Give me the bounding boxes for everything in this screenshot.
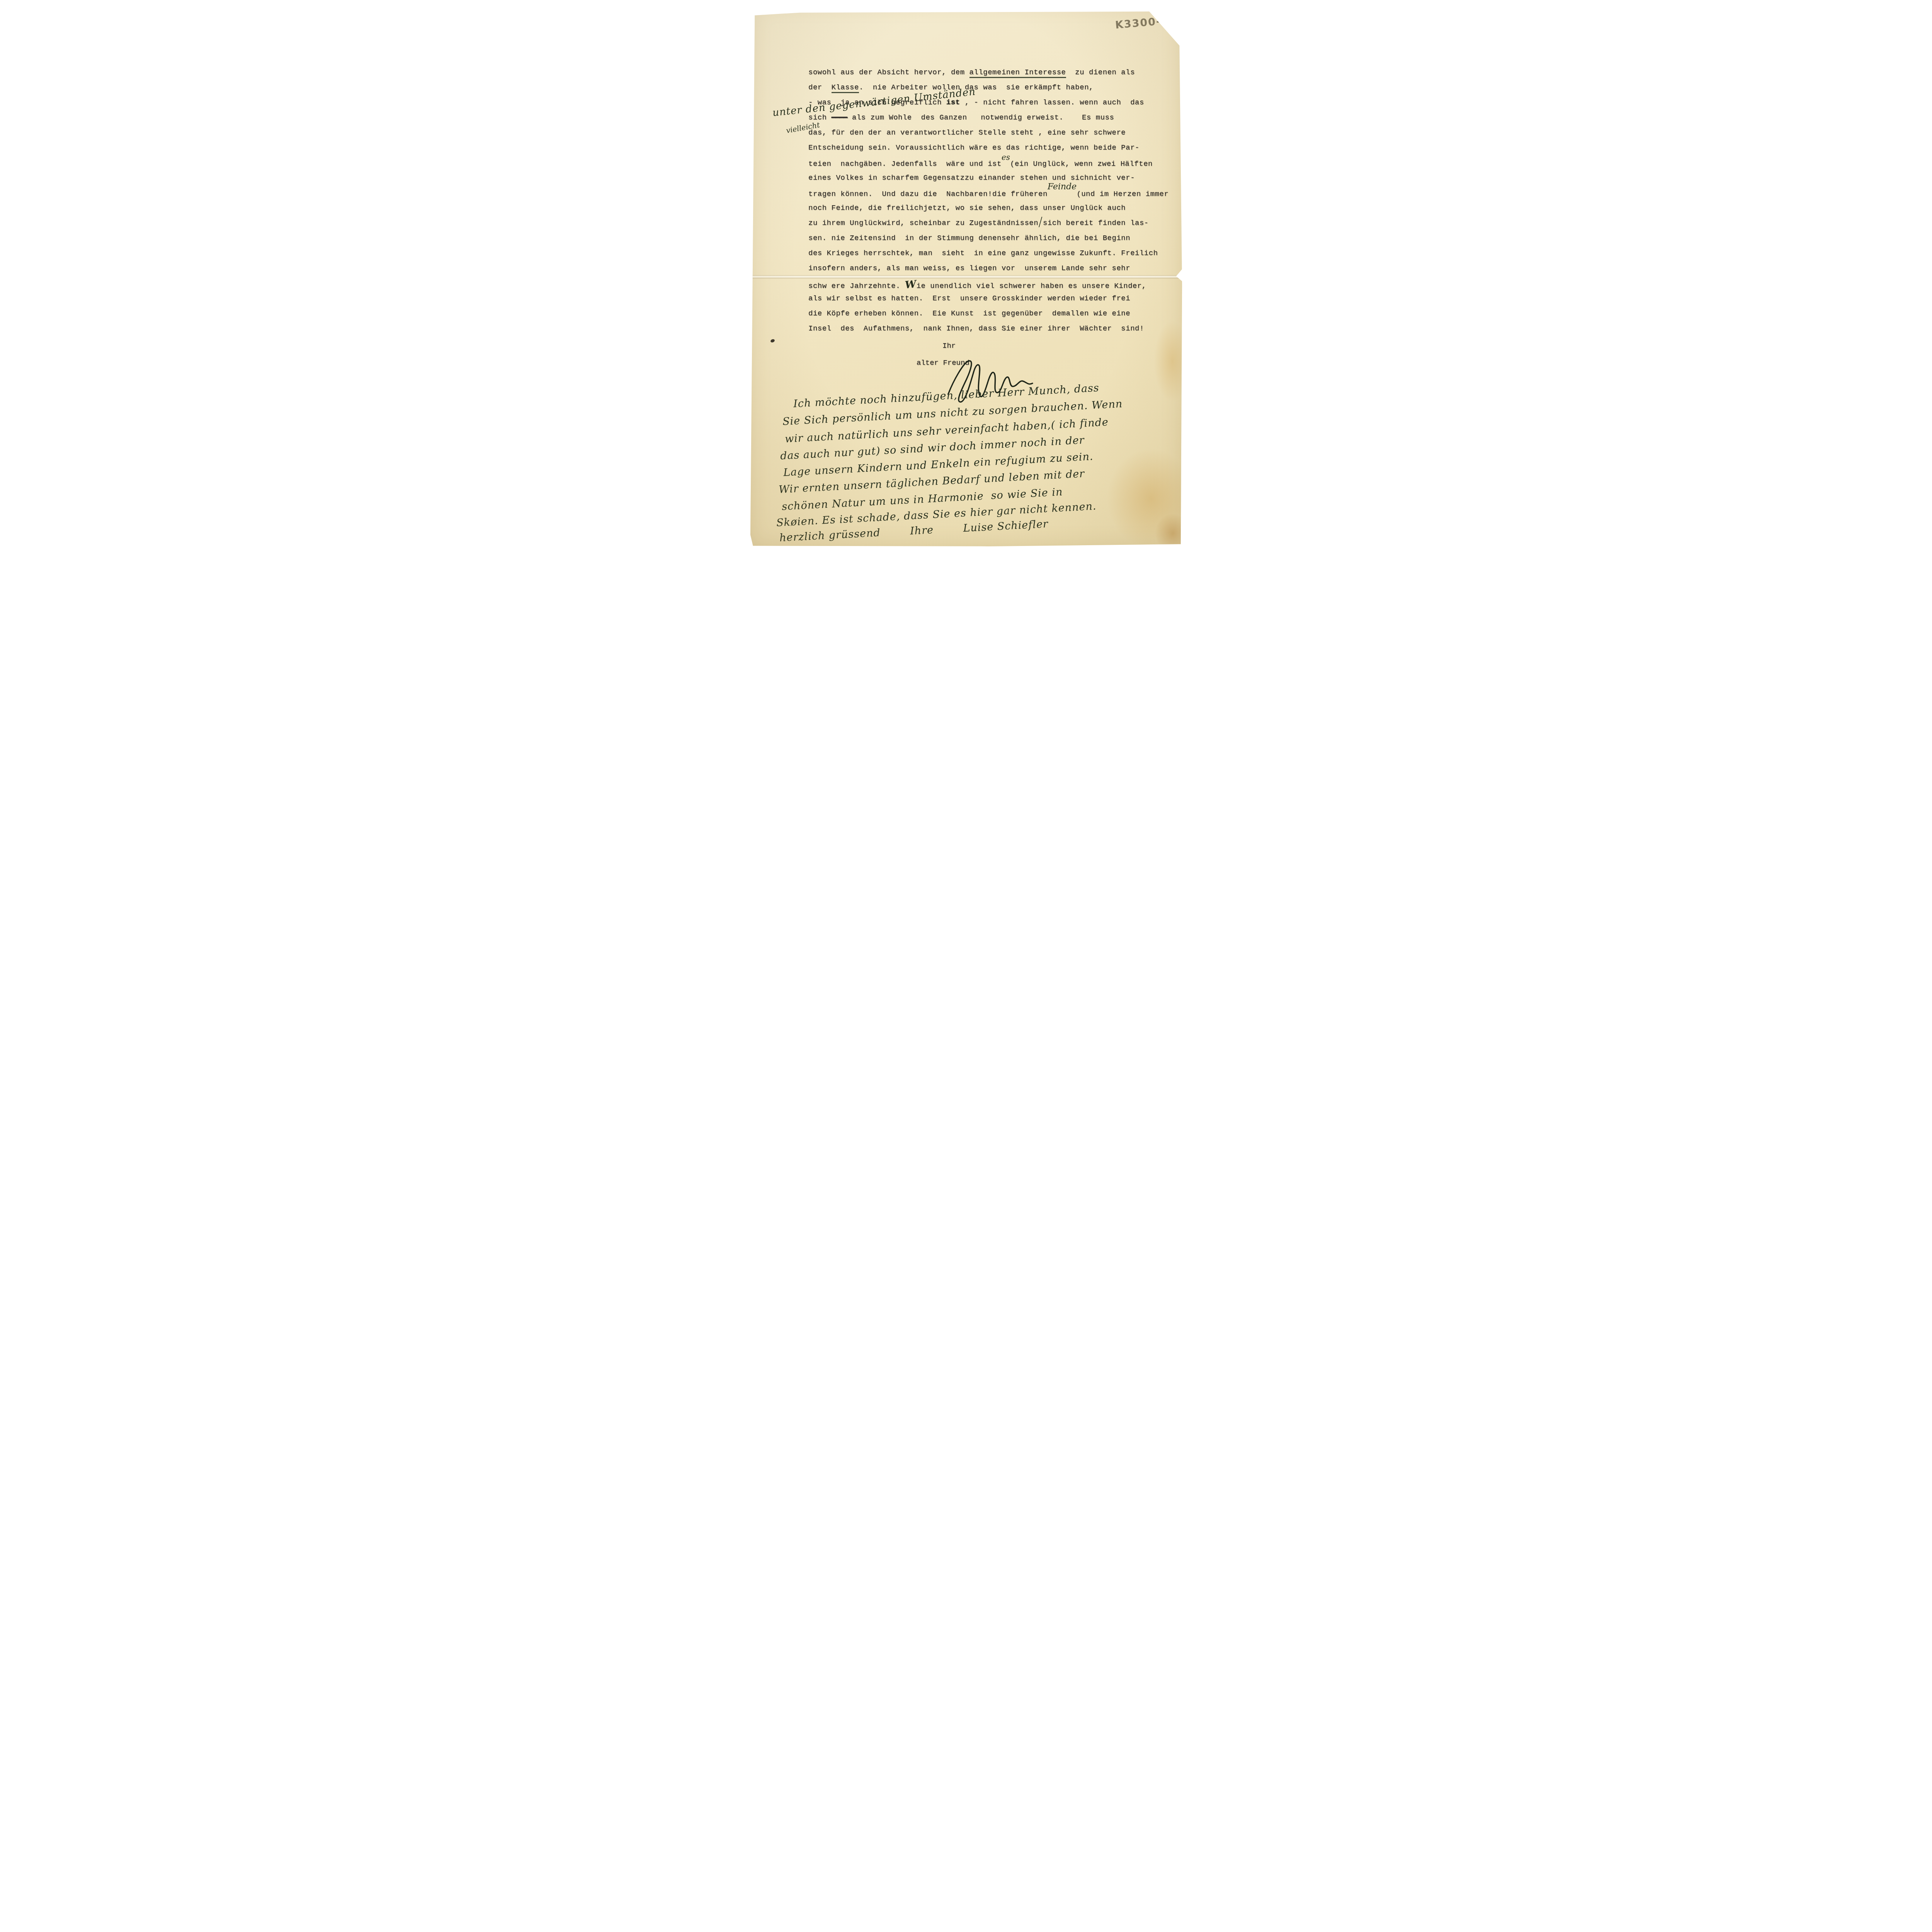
line15-post: ie unendlich viel schwerer haben es unse… [917, 282, 1146, 290]
paper-stain [1107, 448, 1185, 549]
line4-struck-word: ———— [832, 113, 848, 122]
typed-line-4: sich ———— als zum Wohle des Ganzen notwe… [808, 113, 1172, 128]
line3-post: , - nicht fahren lassen. wenn auch das [960, 98, 1144, 107]
typed-line-8: eines Volkes in scharfem Gegensatzzu ein… [808, 173, 1172, 189]
typed-line-10: noch Feinde, die freilichjetzt, wo sie s… [808, 204, 1172, 219]
scanned-letter: K3300-3 sowohl aus der Absicht hervor, d… [747, 0, 1185, 549]
line9-post: (und im Herzen immer [1077, 190, 1168, 198]
typed-line-16: als wir selbst es hatten. Erst unsere Gr… [808, 294, 1172, 309]
typed-line-1: sowohl aus der Absicht hervor, dem allge… [808, 68, 1172, 83]
line1-pre: sowohl aus der Absicht hervor, dem [808, 68, 969, 77]
typed-line-18: Insel des Aufathmens, nank Ihnen, dass S… [808, 324, 1172, 339]
typed-line-11: zu ihrem Unglückwird, scheinbar zu Zuges… [808, 219, 1172, 234]
signature-scrawl-schiefler [945, 359, 1042, 409]
closing-ihr: Ihr [942, 342, 956, 350]
letter-page: K3300-3 sowohl aus der Absicht hervor, d… [747, 0, 1185, 549]
fold-crease [747, 275, 1185, 279]
typed-line-2: der Klasse. nie Arbeiter wollen das was … [808, 83, 1172, 98]
line4-post: als zum Wohle des Ganzen notwendig erwei… [847, 113, 1114, 122]
hand-insert-feinde: Feinde [1048, 182, 1077, 192]
paper-stain [1155, 514, 1185, 549]
hand-insert-es: es [1002, 153, 1010, 162]
line15-overwritten-w: W [904, 279, 917, 291]
typed-line-15: schw ere Jahrzehnte. Wie unendlich viel … [808, 279, 1172, 294]
typed-line-13: des Krieges herrschtek, man sieht in ein… [808, 249, 1172, 264]
line1-underlined: allgemeinen Interesse [969, 68, 1066, 78]
typed-line-7: teien nachgäben. Jedenfalls wäre und ist… [808, 158, 1172, 173]
line2-post: . nie Arbeiter wollen das was sie erkämp… [859, 83, 1094, 92]
ink-spot [770, 338, 775, 343]
hand-slash-mark: / [1038, 216, 1043, 232]
line2-pre: der [808, 83, 832, 92]
typed-line-5: das, für den der an verantwortlicher Ste… [808, 128, 1172, 143]
typed-line-9: tragen können. Und dazu die Nachbaren!di… [808, 189, 1172, 204]
line1-post: zu dienen als [1066, 68, 1135, 77]
line2-underlined: Klasse [832, 83, 859, 93]
line15-pre: schw ere Jahrzehnte. [808, 282, 905, 290]
archive-code: K3300-3 [1115, 15, 1170, 31]
line11-pre: zu ihrem Unglückwird, scheinbar zu Zuges… [808, 219, 1038, 227]
typed-line-12: sen. nie Zeitensind in der Stimmung dene… [808, 234, 1172, 249]
line11-post: sich bereit finden las- [1043, 219, 1149, 227]
typed-line-17: die Köpfe erheben können. Eie Kunst ist … [808, 309, 1172, 324]
line9-pre: tragen können. Und dazu die Nachbaren!di… [808, 190, 1048, 198]
typed-line-6: Entscheidung sein. Voraussichtlich wäre … [808, 143, 1172, 158]
line7-post: (ein Unglück, wenn zwei Hälften [1010, 160, 1153, 168]
line7-pre: teien nachgäben. Jedenfalls wäre und ist [808, 160, 1002, 168]
